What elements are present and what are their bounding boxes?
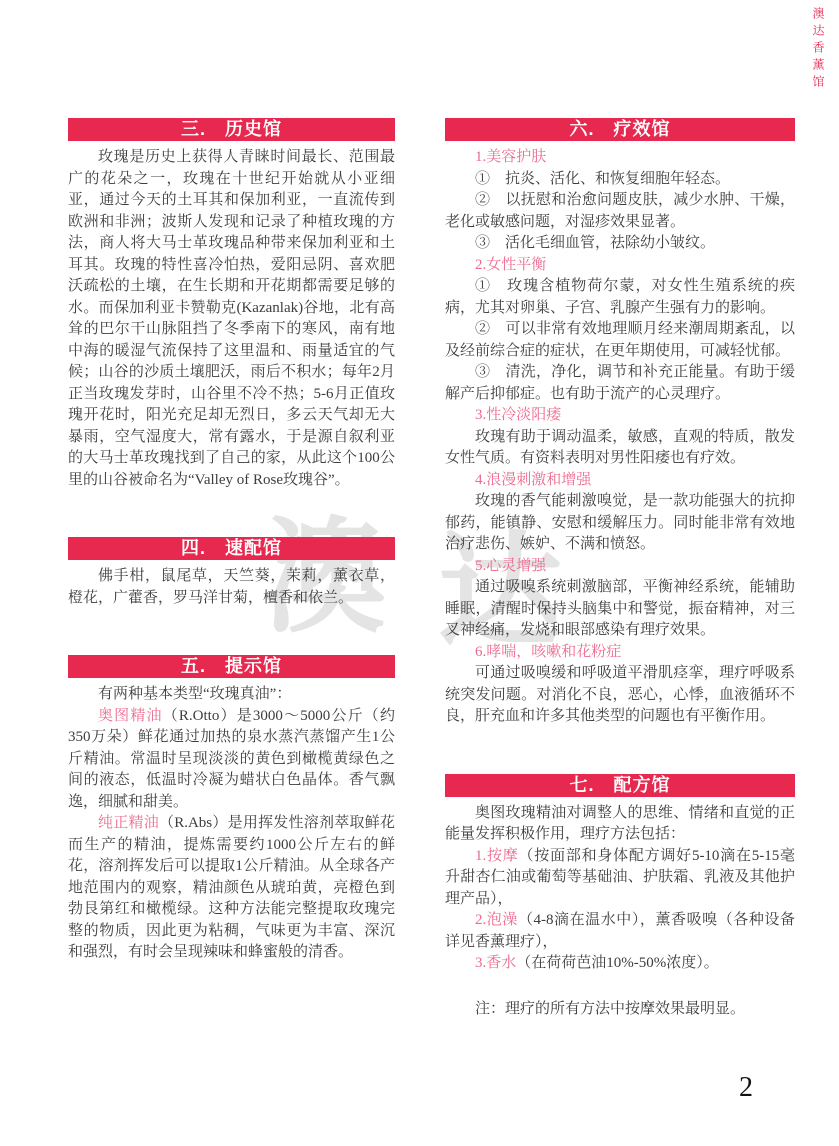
text-run: ① 抗炎、活化、和恢复细胞年轻态。: [475, 171, 730, 187]
highlight-text: 纯正精油: [98, 815, 159, 831]
corner-stamp: 澳达香薰馆: [810, 7, 827, 92]
highlight-text: 5.心灵增强: [475, 558, 546, 574]
paragraph: 纯正精油（R.Abs）是用挥发性溶剂萃取鲜花而生产的精油，提炼需要约1000公斤…: [68, 813, 395, 964]
text-run: ③ 清洗，净化，调节和补充正能量。有助于缓解产后抑郁症。也有助于流产的心灵理疗。: [445, 364, 795, 402]
text-run: （R.Abs）是用挥发性溶剂萃取鲜花而生产的精油，提炼需要约1000公斤左右的鲜…: [68, 815, 395, 960]
paragraph: ③ 清洗，净化，调节和补充正能量。有助于缓解产后抑郁症。也有助于流产的心灵理疗。: [445, 362, 795, 405]
text-run: 玫瑰的香气能刺激嗅觉，是一款功能强大的抗抑郁药，能镇静、安慰和缓解压力。同时能非…: [445, 493, 795, 552]
paragraph: 奥图精油（R.Otto）是3000～5000公斤（约350万朵）鲜花通过加热的泉…: [68, 706, 395, 814]
section-title: 七. 配方馆: [569, 775, 670, 795]
section-title: 四. 速配馆: [181, 538, 282, 558]
paragraph: 注：理疗的所有方法中按摩效果最明显。: [445, 999, 795, 1021]
paragraph: 玫瑰的香气能刺激嗅觉，是一款功能强大的抗抑郁药，能镇静、安慰和缓解压力。同时能非…: [445, 491, 795, 556]
highlight-text: 1.按摩: [475, 848, 519, 864]
highlight-text: 3.性冷淡阳痿: [475, 407, 561, 423]
section: 七. 配方馆奥图玫瑰精油对调整人的思维、情绪和直觉的正能量发挥积极作用，理疗方法…: [445, 774, 795, 1021]
text-run: ① 玫瑰含植物荷尔蒙，对女性生殖系统的疾病，尤其对卵巢、子宫、乳腺产生强有力的影…: [445, 278, 795, 316]
paragraph: ③ 活化毛细血管，祛除幼小皱纹。: [445, 233, 795, 255]
highlight-text: 3.香水: [475, 955, 516, 971]
section-header: 四. 速配馆: [68, 537, 395, 560]
left-column: 三. 历史馆玫瑰是历史上获得人青睐时间最长、范围最广的花朵之一，玫瑰在十世纪开始…: [68, 118, 395, 964]
right-column: 六. 疗效馆1.美容护肤① 抗炎、活化、和恢复细胞年轻态。② 以抚慰和治愈问题皮…: [445, 118, 795, 1020]
paragraph: 有两种基本类型“玫瑰真油”：: [68, 684, 395, 706]
subheading: 2.女性平衡: [445, 255, 795, 277]
paragraph: 1.按摩（按面部和身体配方调好5-10滴在5-15毫升甜杏仁油或葡萄等基础油、护…: [445, 846, 795, 911]
paragraph: ① 抗炎、活化、和恢复细胞年轻态。: [445, 169, 795, 191]
highlight-text: 4.浪漫刺激和增强: [475, 472, 591, 488]
text-run: 奥图玫瑰精油对调整人的思维、情绪和直觉的正能量发挥积极作用，理疗方法包括：: [445, 805, 795, 843]
subheading: 5.心灵增强: [445, 556, 795, 578]
paragraph: 3.香水（在荷荷芭油10%-50%浓度）。: [445, 953, 795, 975]
text-run: 通过吸嗅系统刺激脑部，平衡神经系统，能辅助睡眠，清醒时保持头脑集中和警觉，振奋精…: [445, 579, 795, 638]
subheading: 3.性冷淡阳痿: [445, 405, 795, 427]
section: 三. 历史馆玫瑰是历史上获得人青睐时间最长、范围最广的花朵之一，玫瑰在十世纪开始…: [68, 118, 395, 491]
text-run: 注：理疗的所有方法中按摩效果最明显。: [475, 1001, 745, 1017]
text-run: ② 可以非常有效地理顺月经来潮周期紊乱，以及经前综合症的症状，在更年期使用，可减…: [445, 321, 795, 359]
text-run: 有两种基本类型“玫瑰真油”：: [98, 686, 291, 702]
text-run: 玫瑰有助于调动温柔，敏感，直观的特质，散发女性气质。有资料表明对男性阳痿也有疗效…: [445, 429, 795, 467]
section-header: 三. 历史馆: [68, 118, 395, 141]
paragraph: ① 玫瑰含植物荷尔蒙，对女性生殖系统的疾病，尤其对卵巢、子宫、乳腺产生强有力的影…: [445, 276, 795, 319]
text-run: 玫瑰是历史上获得人青睐时间最长、范围最广的花朵之一，玫瑰在十世纪开始就从小亚细亚…: [68, 149, 395, 488]
highlight-text: 1.美容护肤: [475, 149, 546, 165]
subheading: 4.浪漫刺激和增强: [445, 470, 795, 492]
subheading: 6.哮喘，咳嗽和花粉症: [445, 642, 795, 664]
section: 五. 提示馆有两种基本类型“玫瑰真油”：奥图精油（R.Otto）是3000～50…: [68, 655, 395, 964]
section-title: 五. 提示馆: [181, 656, 282, 676]
subheading: 1.美容护肤: [445, 147, 795, 169]
page-number: 2: [739, 1072, 753, 1104]
highlight-text: 2.女性平衡: [475, 257, 546, 273]
section: 六. 疗效馆1.美容护肤① 抗炎、活化、和恢复细胞年轻态。② 以抚慰和治愈问题皮…: [445, 118, 795, 728]
document-page: 澳达 澳达香薰馆 三. 历史馆玫瑰是历史上获得人青睐时间最长、范围最广的花朵之一…: [0, 0, 839, 1146]
paragraph: 玫瑰是历史上获得人青睐时间最长、范围最广的花朵之一，玫瑰在十世纪开始就从小亚细亚…: [68, 147, 395, 491]
paragraph: 2.泡澡（4-8滴在温水中），薰香吸嗅（各种设备详见香薰理疗），: [445, 910, 795, 953]
paragraph: 通过吸嗅系统刺激脑部，平衡神经系统，能辅助睡眠，清醒时保持头脑集中和警觉，振奋精…: [445, 577, 795, 642]
paragraph: ② 以抚慰和治愈问题皮肤，减少水肿、干燥，老化或敏感问题，对湿疹效果显著。: [445, 190, 795, 233]
highlight-text: 6.哮喘，咳嗽和花粉症: [475, 644, 621, 660]
paragraph: ② 可以非常有效地理顺月经来潮周期紊乱，以及经前综合症的症状，在更年期使用，可减…: [445, 319, 795, 362]
paragraph: 佛手柑，鼠尾草，天竺葵，茉莉，薰衣草，橙花，广藿香，罗马洋甘菊，檀香和依兰。: [68, 566, 395, 609]
highlight-text: 奥图精油: [98, 708, 163, 724]
section-header: 五. 提示馆: [68, 655, 395, 678]
section-title: 三. 历史馆: [181, 119, 282, 139]
section: 四. 速配馆佛手柑，鼠尾草，天竺葵，茉莉，薰衣草，橙花，广藿香，罗马洋甘菊，檀香…: [68, 537, 395, 609]
paragraph: 玫瑰有助于调动温柔，敏感，直观的特质，散发女性气质。有资料表明对男性阳痿也有疗效…: [445, 427, 795, 470]
highlight-text: 2.泡澡: [475, 912, 518, 928]
text-run: ② 以抚慰和治愈问题皮肤，减少水肿、干燥，老化或敏感问题，对湿疹效果显著。: [445, 192, 795, 230]
section-header: 六. 疗效馆: [445, 118, 795, 141]
text-run: （在荷荷芭油10%-50%浓度）。: [516, 955, 719, 971]
text-run: 可通过吸嗅缓和呼吸道平滑肌痉挛，理疗呼吸系统突发问题。对消化不良，恶心，心悸，血…: [445, 665, 795, 724]
paragraph: 奥图玫瑰精油对调整人的思维、情绪和直觉的正能量发挥积极作用，理疗方法包括：: [445, 803, 795, 846]
section-header: 七. 配方馆: [445, 774, 795, 797]
text-run: ③ 活化毛细血管，祛除幼小皱纹。: [475, 235, 715, 251]
text-run: 佛手柑，鼠尾草，天竺葵，茉莉，薰衣草，橙花，广藿香，罗马洋甘菊，檀香和依兰。: [68, 568, 395, 606]
section-title: 六. 疗效馆: [569, 119, 670, 139]
paragraph: 可通过吸嗅缓和呼吸道平滑肌痉挛，理疗呼吸系统突发问题。对消化不良，恶心，心悸，血…: [445, 663, 795, 728]
